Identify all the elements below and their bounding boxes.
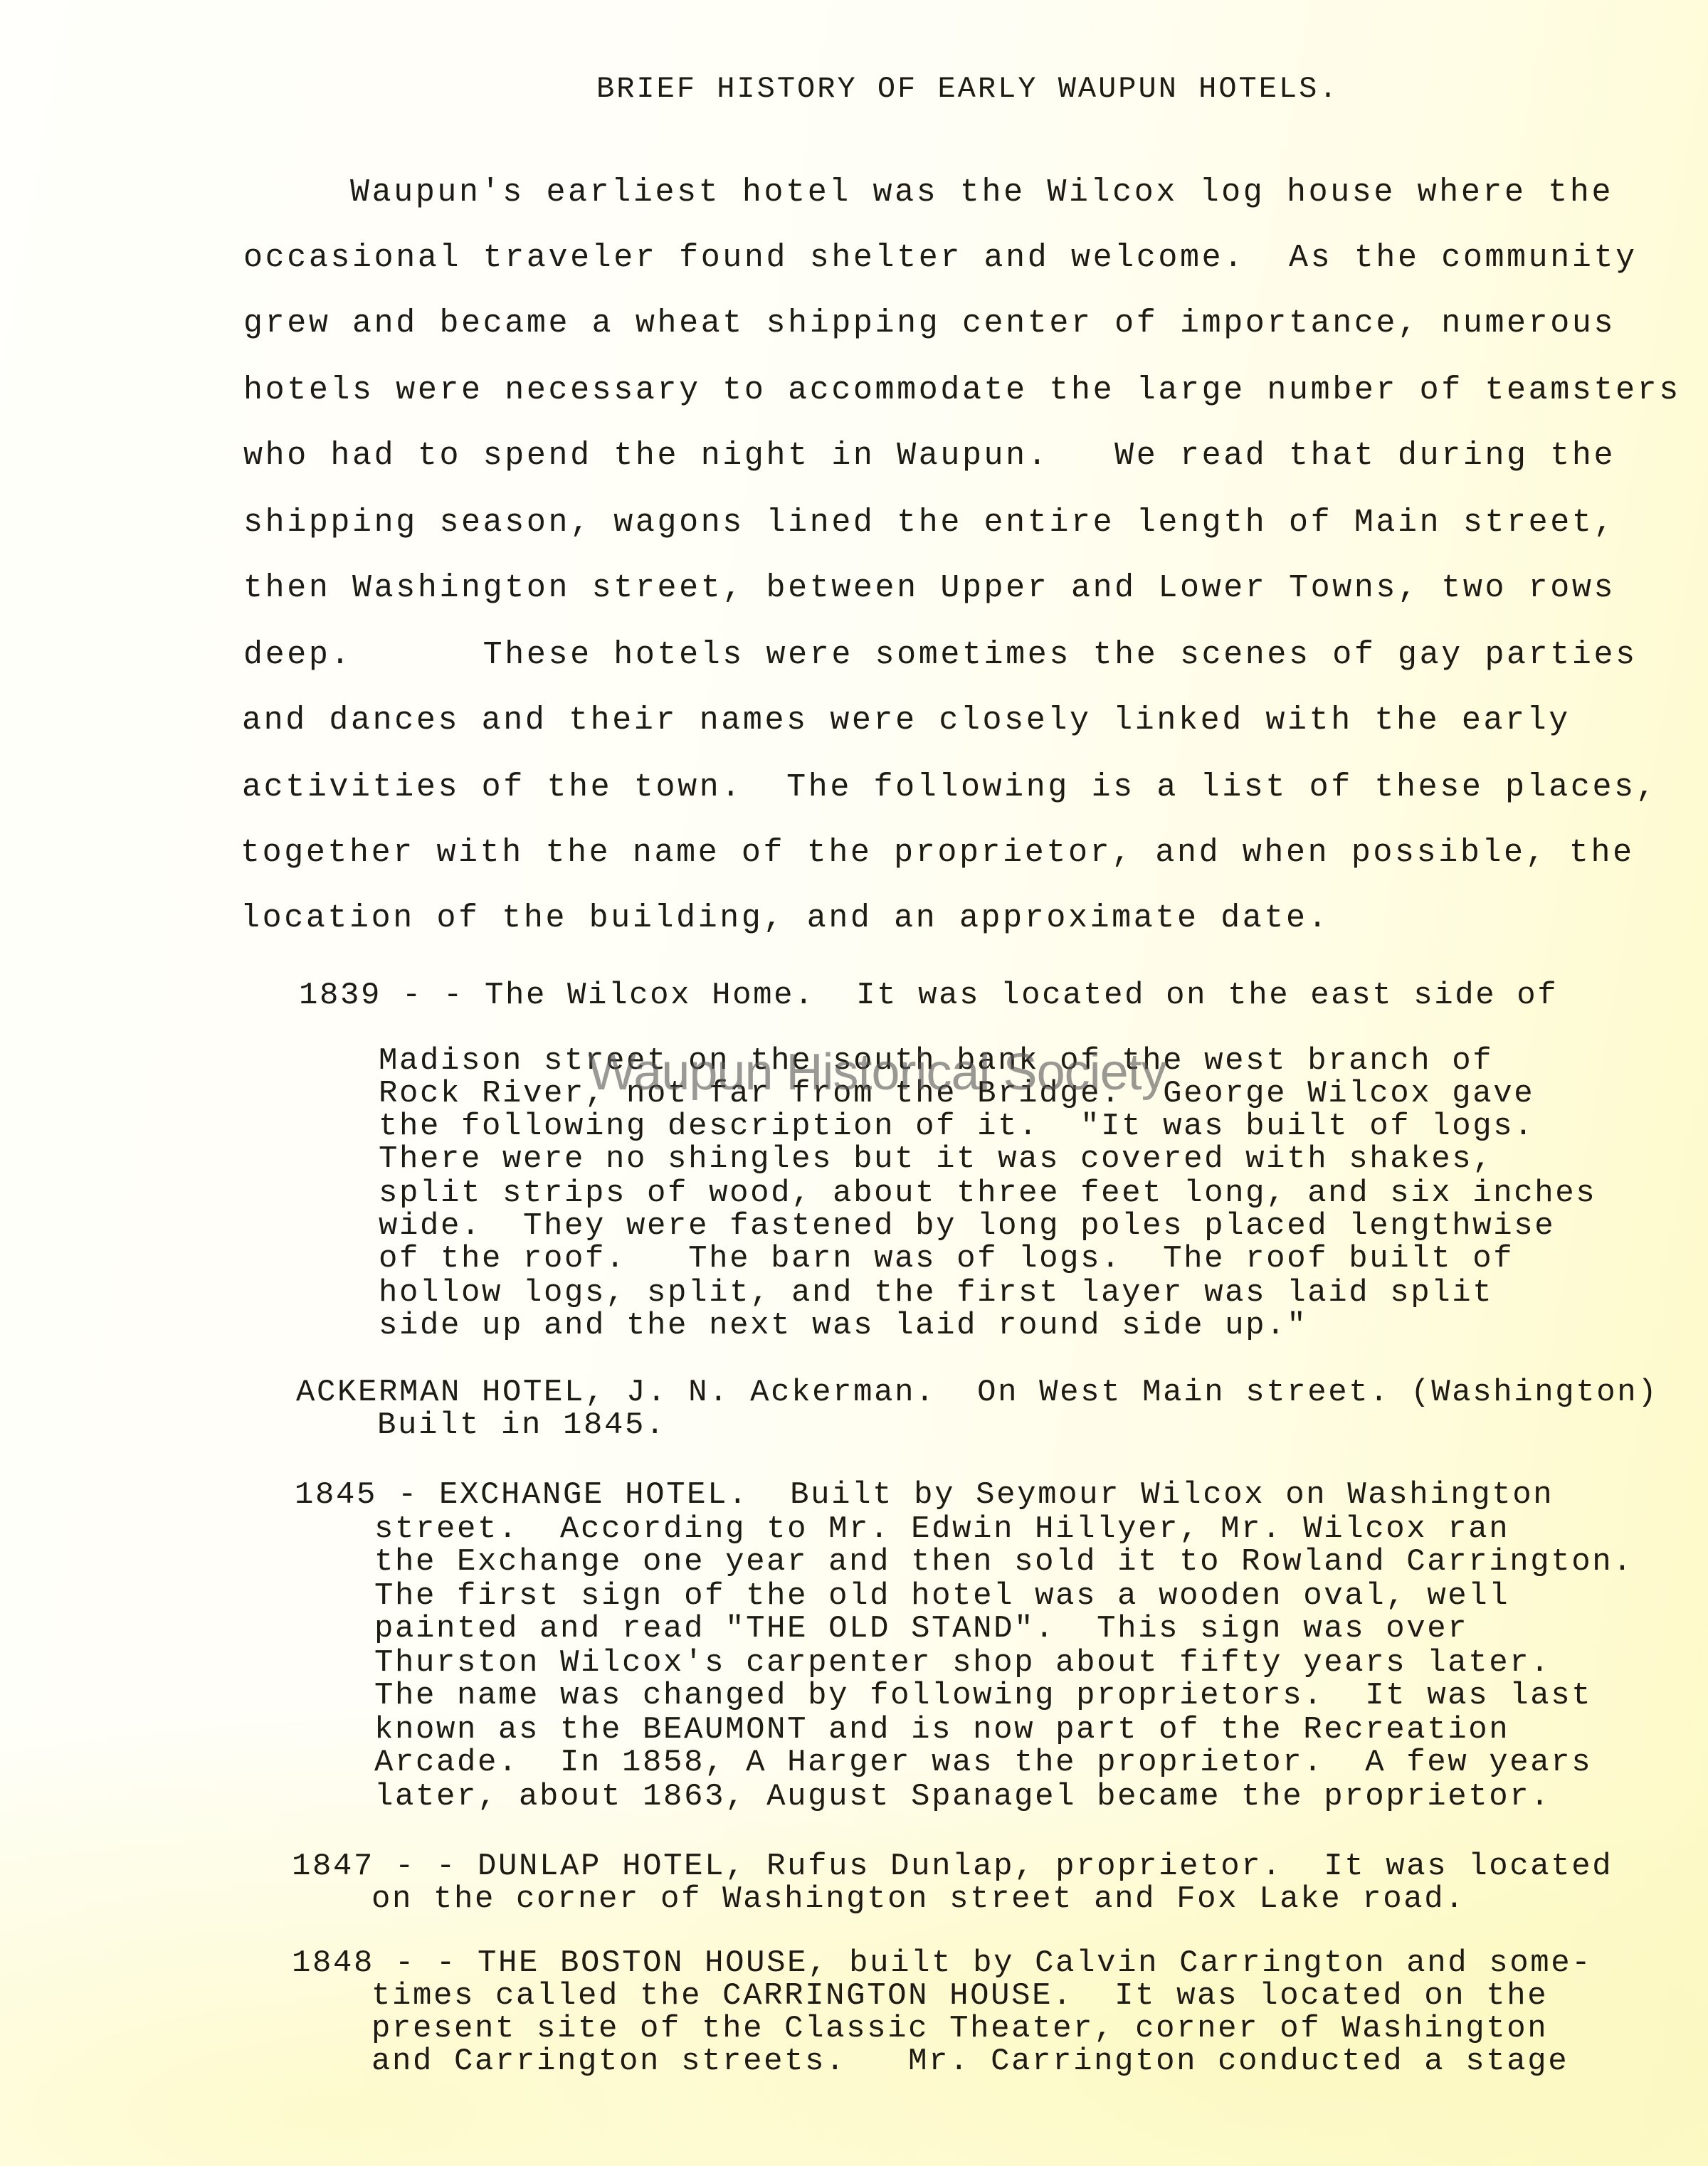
entry-line: on the corner of Washington street and F… [371, 1881, 1465, 1917]
intro-line: together with the name of the proprietor… [241, 835, 1635, 871]
intro-line: activities of the town. The following is… [242, 770, 1657, 805]
entry-line: times called the CARRINGTON HOUSE. It wa… [371, 1978, 1548, 2014]
intro-line: hotels were necessary to accommodate the… [243, 373, 1681, 408]
entry-heading: ACKERMAN HOTEL, J. N. Ackerman. On West … [296, 1375, 1658, 1410]
entry-line: Built in 1845. [377, 1407, 666, 1443]
entry-line: known as the BEAUMONT and is now part of… [374, 1712, 1509, 1748]
entry-line: present site of the Classic Theater, cor… [371, 2011, 1548, 2046]
entry-line: hollow logs, split, and the first layer … [379, 1275, 1493, 1311]
intro-line: who had to spend the night in Waupun. We… [243, 438, 1615, 474]
entry-line: the Exchange one year and then sold it t… [374, 1544, 1633, 1580]
entry-line: later, about 1863, August Spanagel becam… [374, 1779, 1551, 1814]
watermark: Waupun Historical Society [588, 1043, 1166, 1102]
document-title: BRIEF HISTORY OF EARLY WAUPUN HOTELS. [596, 71, 1339, 107]
entry-line: The name was changed by following propri… [374, 1678, 1592, 1713]
entry-line: wide. They were fastened by long poles p… [379, 1208, 1555, 1244]
entry-line: The first sign of the old hotel was a wo… [374, 1578, 1509, 1614]
intro-line: and dances and their names were closely … [242, 703, 1571, 739]
intro-line: shipping season, wagons lined the entire… [243, 505, 1615, 541]
entry-line: of the roof. The barn was of logs. The r… [379, 1241, 1514, 1277]
intro-line: then Washington street, between Upper an… [243, 571, 1615, 606]
entry-heading: 1848 - - THE BOSTON HOUSE, built by Calv… [292, 1945, 1592, 1981]
entry-line: side up and the next was laid round side… [379, 1308, 1307, 1343]
entry-heading: 1847 - - DUNLAP HOTEL, Rufus Dunlap, pro… [292, 1849, 1613, 1884]
entry-heading: 1839 - - The Wilcox Home. It was located… [299, 978, 1558, 1013]
intro-line: occasional traveler found shelter and we… [243, 241, 1638, 276]
entry-line: painted and read "THE OLD STAND". This s… [374, 1611, 1468, 1647]
entry-line: street. According to Mr. Edwin Hillyer, … [374, 1511, 1509, 1547]
entry-line: and Carrington streets. Mr. Carrington c… [371, 2044, 1569, 2079]
entry-line: split strips of wood, about three feet l… [379, 1176, 1596, 1211]
entry-heading: 1845 - EXCHANGE HOTEL. Built by Seymour … [295, 1477, 1554, 1513]
entry-line: the following description of it. "It was… [379, 1109, 1534, 1144]
intro-line: grew and became a wheat shipping center … [243, 306, 1615, 342]
entry-line: Arcade. In 1858, A Harger was the propri… [374, 1745, 1592, 1780]
entry-line: There were no shingles but it was covere… [379, 1141, 1493, 1177]
intro-line: Waupun's earliest hotel was the Wilcox l… [350, 175, 1613, 211]
intro-line: location of the building, and an approxi… [241, 901, 1329, 936]
intro-line: deep. These hotels were sometimes the sc… [243, 638, 1638, 673]
entry-line: Thurston Wilcox's carpenter shop about f… [374, 1645, 1551, 1681]
